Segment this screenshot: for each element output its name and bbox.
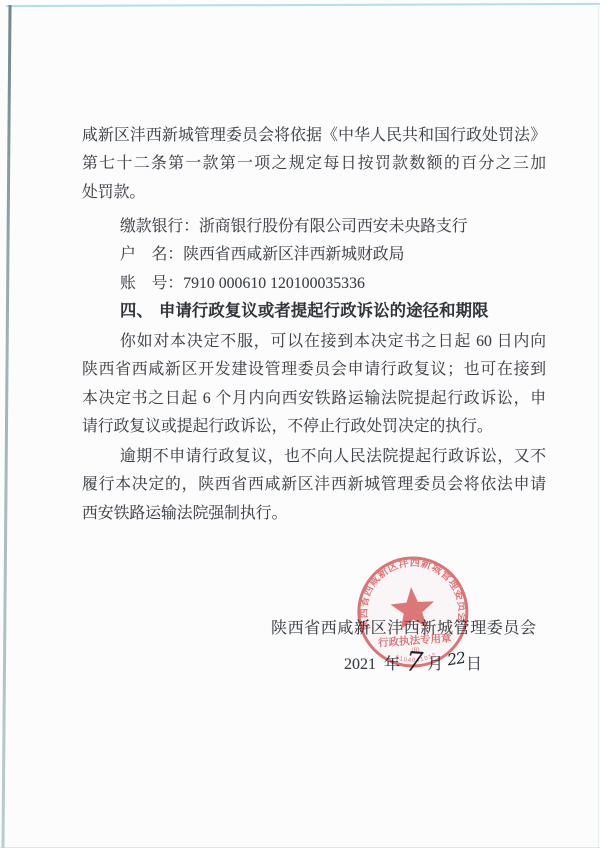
section-title: 申请行政复议或者提起行政诉讼的途径和期限 — [159, 302, 489, 320]
bank-label: 账 号： — [120, 275, 183, 292]
body-line: 陕西省西咸新区开发建设管理委员会申请行政复议；也可在接到 — [82, 356, 546, 384]
body-line: 咸新区沣西新城管理委员会将依据《中华人民共和国行政处罚法》 — [82, 122, 546, 150]
scan-edge-right — [598, 4, 600, 848]
scan-edge-top — [6, 3, 600, 7]
bank-label: 户 名： — [120, 246, 183, 263]
bank-info-block: 缴款银行：浙商银行股份有限公司西安未央路支行 户 名：陕西省西咸新区沣西新城财政… — [120, 213, 468, 298]
official-seal: 陕西省西咸新区沣西新城管理委员会 行政执法专用章 (8) 6104041012 — [343, 544, 484, 685]
paragraph-surcharge: 咸新区沣西新城管理委员会将依据《中华人民共和国行政处罚法》 第七十二条第一款第一… — [82, 122, 546, 207]
scanned-document-page: 咸新区沣西新城管理委员会将依据《中华人民共和国行政处罚法》 第七十二条第一款第一… — [0, 0, 600, 848]
bank-row-account-name: 户 名：陕西省西咸新区沣西新城财政局 — [120, 241, 468, 269]
bank-value: 陕西省西咸新区沣西新城财政局 — [183, 246, 404, 263]
paragraph-enforcement: 逾期不申请行政复议，也不向人民法院提起行政诉讼，又不 履行本决定的，陕西省西咸新… — [82, 443, 546, 528]
bank-value: 7910 000610 120100035336 — [183, 275, 365, 292]
bank-label: 缴款银行： — [120, 218, 199, 235]
body-line: 请行政复议或提起行政诉讼，不停止行政处罚决定的执行。 — [82, 413, 546, 441]
body-line: 西安铁路运输法院强制执行。 — [82, 500, 546, 528]
section-heading: 四、申请行政复议或者提起行政诉讼的途径和期限 — [120, 297, 489, 321]
body-line: 第七十二条第一款第一项之规定每日按罚款数额的百分之三加 — [82, 150, 546, 178]
seal-subtitle-text: (8) — [411, 647, 419, 655]
bank-row-account-number: 账 号：7910 000610 120100035336 — [120, 270, 468, 298]
body-line: 本决定书之日起 6 个月内向西安铁路运输法院提起行政诉讼，申 — [82, 385, 546, 413]
bank-value: 浙商银行股份有限公司西安未央路支行 — [199, 218, 468, 235]
scan-edge-left — [1, 5, 11, 848]
body-line: 逾期不申请行政复议，也不向人民法院提起行政诉讼，又不 — [82, 443, 546, 471]
paragraph-appeal: 你如对本决定不服，可以在接到本决定书之日起 60 日内向 陕西省西咸新区开发建设… — [82, 328, 546, 442]
section-number: 四、 — [120, 302, 153, 320]
bank-row-bank: 缴款银行：浙商银行股份有限公司西安未央路支行 — [120, 213, 468, 241]
body-line: 履行本决定的，陕西省西咸新区沣西新城管理委员会将依法申请 — [82, 471, 546, 499]
body-line: 处罚款。 — [82, 179, 546, 207]
body-line: 你如对本决定不服，可以在接到本决定书之日起 60 日内向 — [82, 328, 546, 356]
